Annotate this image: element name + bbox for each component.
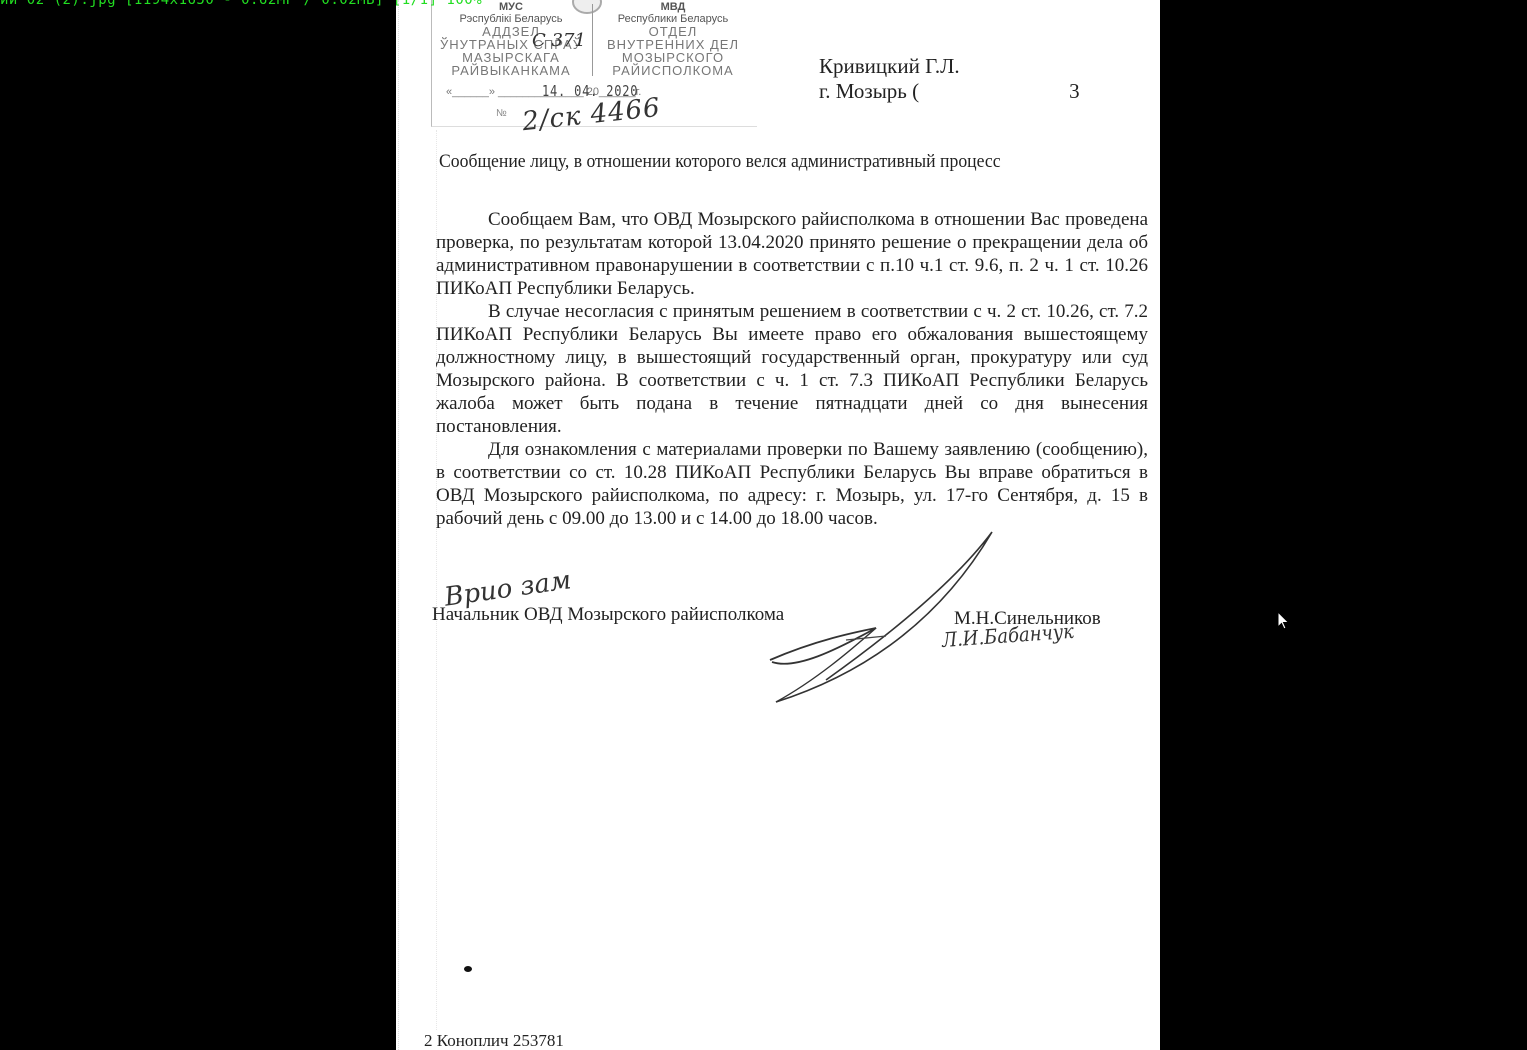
addressee-name: Кривицкий Г.Л. [819, 54, 1080, 79]
document-subject: Сообщение лицу, в отношении которого вел… [439, 151, 1001, 173]
signatory-title: Начальник ОВД Мозырского райисполкома [432, 604, 784, 626]
address-suffix: 3 [1069, 79, 1080, 103]
stamp-text: МВД [594, 1, 752, 13]
executor-note: 2 Коноплич 253781 [424, 1031, 564, 1050]
stamp-russian-column: МВД Республики Беларусь ОТДЕЛ ВНУТРЕННИХ… [594, 0, 752, 77]
scanned-document-page: МУС Рэспублікі Беларусь АДДЗЕЛ ЎНУТРАНЫХ… [396, 0, 1160, 1050]
addressee-address: г. Мозырь (3 [819, 79, 1080, 104]
address-prefix: г. Мозырь ( [819, 79, 919, 103]
scan-artifact [398, 0, 407, 1050]
viewer-filename-overlay: ии 02 (2).jpg [1194x1650 - 0.62MP / 0.02… [0, 0, 482, 8]
document-body: Сообщаем Вам, что ОВД Мозырского райиспо… [436, 208, 1148, 530]
scan-artifact-dot [464, 966, 472, 972]
body-paragraph: В случае несогласия с принятым решением … [436, 300, 1148, 438]
body-paragraph: Для ознакомления с материалами проверки … [436, 438, 1148, 530]
stamp-handwritten-mark: С 371 [532, 30, 586, 51]
body-paragraph: Сообщаем Вам, что ОВД Мозырского райиспо… [436, 208, 1148, 300]
addressee-block: Кривицкий Г.Л. г. Мозырь (3 [819, 54, 1080, 104]
stamp-divider [592, 4, 593, 76]
registration-stamp: МУС Рэспублікі Беларусь АДДЗЕЛ ЎНУТРАНЫХ… [431, 0, 757, 127]
stamp-text: РАЙВЫКАНКАМА [432, 64, 590, 77]
mouse-pointer-icon [1277, 611, 1291, 631]
stamp-text: РАЙИСПОЛКОМА [594, 64, 752, 77]
stamp-number-label: № [496, 108, 507, 119]
